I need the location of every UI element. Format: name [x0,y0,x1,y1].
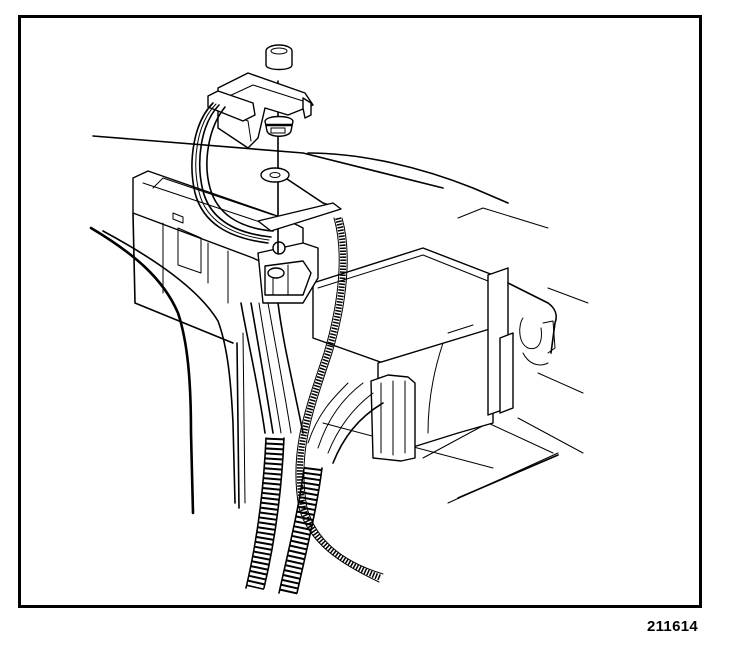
nut [265,117,293,137]
harness-bracket [208,73,313,148]
illustration-frame [18,15,702,608]
panel-edges [237,333,245,508]
washer [261,168,338,208]
connector-block [258,242,318,303]
figure-number: 211614 [647,618,698,635]
bolt [266,45,292,70]
fuse-relay-box [313,248,556,461]
wiring-harness-illustration [18,15,702,608]
conduit-sleeves [246,438,322,593]
